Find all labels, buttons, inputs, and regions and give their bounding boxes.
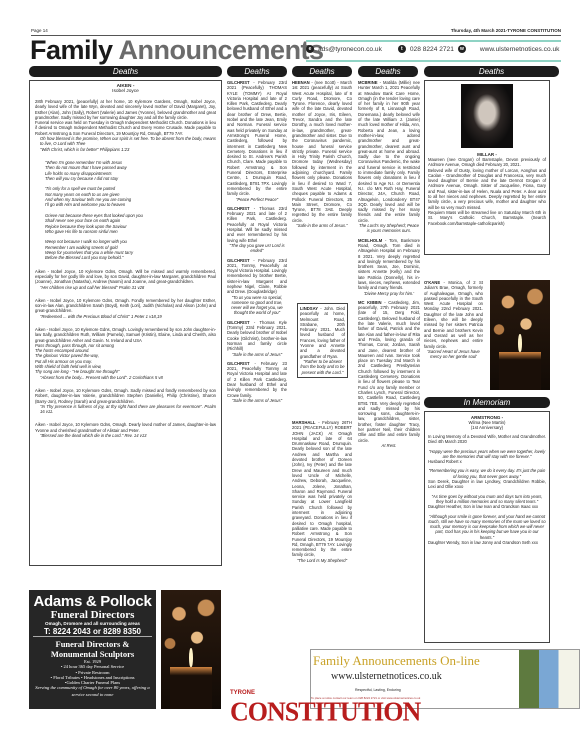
notice-verse: The Lord's my Shepherd; Peace is yours m… [358,223,420,234]
spacer [35,319,216,327]
ad-adams-pollock[interactable]: Adams & Pollock Funeral Directors Omagh,… [29,590,156,709]
memoriam-verse: "Remembering you is easy, we do it every… [428,468,546,479]
notice: GILCHRIST - February 23rd 2021 (Peaceful… [227,80,287,206]
notice-name: O'KANE [424,280,440,285]
notice-name: GILCHRIST [227,80,250,85]
notice-verse: "Safe in the arms of Jesus" [227,352,287,357]
spacer [35,380,216,388]
notice-name: GILCHRIST [227,361,250,366]
notice-body: GILCHRIST - February 23 2021, Peacefully… [227,361,287,398]
web-icon: w [458,45,466,53]
notice-text: - February 26TH 2021 (PEACEFULLY) ROBERT… [292,420,352,557]
tribute-list: Aiken - Isobel Joyce, 10 Kylemore Gdns, … [35,269,216,447]
tribute-text: Aiken - Isobel Joyce, 10 Kylemore Gdns, … [35,327,216,343]
ad-tagline: Serving the community of Omagh for over … [29,685,156,698]
section-header-deaths-5: Deaths [424,66,559,77]
column-mcbrine: MCBRINE - Matilda (Millie) nee Hunter Ma… [358,80,420,452]
portrait-photo [461,84,513,148]
notice-text: - Thomas 23rd February 2021 and late of … [227,206,287,243]
memoriam-from: Daughter Heather, Son in law Ivan and Gr… [428,504,546,509]
notice-text: - John. Died peacefully at home, Melmoun… [300,306,345,359]
notice: MCELHOLM - Tom, Bankmore Road, Omagh. To… [358,238,420,300]
notice-verse: "Safe in the arms of Jesus." [292,223,352,228]
notice-text: - Castlederg, Jim, peacefully, 27th Febr… [358,300,420,443]
spacer [227,403,287,407]
notice-name: GILCHRIST [227,320,250,325]
dateline: Thursday, 4th March 2021-TYRONE CONSTITU… [451,28,561,33]
notice-millar: MILLAR - Maureen (nee Grogan) of Barnsta… [424,80,550,255]
masthead-small: TYRONE [230,690,255,696]
tribute: Aiken - Isobel Joyce, 10 Kylemore Gdns, … [35,269,216,298]
memoriam-verse: "Happy were the precious years when we w… [428,449,546,460]
notice-verse: "Rather to be absent from the body and t… [300,359,345,375]
email-link[interactable]: ads@tyronecon.co.uk [318,46,382,53]
notice-paragraph: Maureen (nee Grogan) of Barnstaple, Devo… [428,157,546,168]
email-icon: e [306,45,314,53]
phone-number[interactable]: 028 8224 2721 [410,46,454,53]
notice-name: MC KIBBIN [358,300,382,305]
notice-text: - Matilda (Millie) nee Hunter March 1, 2… [358,80,420,223]
ad-photo [519,650,579,708]
notice-name: MARSHALL [292,420,316,425]
notice-text: - February 23rd 2021, Tommy, Peacefully … [227,258,287,295]
section-header-in-memoriam: In Memoriam [424,397,550,408]
notice-name: GILCHRIST [227,206,250,211]
notice-verse: "The Lord Is My Shepherd" [292,558,352,563]
notice-text: - February 23rd 2021 (Peacefully) THOMAS… [227,80,287,196]
ad-services-title-2: Monumental Sculptors [29,649,156,659]
teal-rule-top [306,40,561,42]
notice-paragraph: 28th February 2021, (peacefully) at her … [35,99,216,120]
notice-armstrong: ARMSTRONG - Wilma (Nee Martin) (1st Anni… [424,411,550,643]
notice-marshall: MARSHALL - February 26TH 2021 (PEACEFULL… [292,420,352,563]
notice-verse: "Peace Perfect Peace" [227,197,287,202]
spacer [35,438,216,446]
notice-body: MCELHOLM - Tom, Bankmore Road, Omagh. To… [358,238,420,291]
ad-slogan: Respectful, Lasting, Enduring [355,688,401,692]
tribute-text: Aiken - Isobel Joyce, 10 Kylemore Gdns, … [35,422,216,433]
tribute: Aiken - Isobel Joyce, 10 Kylemore Gdns, … [35,422,216,446]
candle-image [161,590,221,709]
ad-headline: Adams & Pollock [29,593,156,610]
notice-subname: Isobel Joyce [35,89,216,94]
notice-body: MC KIBBIN - Castlederg, Jim, peacefully,… [358,300,420,443]
notice-verse: "The day you gave us! Lord is ended" [227,243,287,254]
notice: MCBRINE - Matilda (Millie) nee Hunter Ma… [358,80,420,238]
ad-title: Family Announcements On-line [313,653,480,669]
spacer [358,448,420,452]
memoriam-verse: "Although your smile is gone forever, an… [428,514,546,540]
notice-name: HEENAN [292,80,310,85]
section-header-deaths-3: Deaths [292,66,352,77]
notice-body: MCBRINE - Matilda (Millie) nee Hunter Ma… [358,80,420,223]
memoriam-from: Son Derek, Daughter in law Lyndsey, Gran… [428,479,546,490]
notice-body: GILCHRIST - Thomas Kyle (Tommy) 23rd Feb… [227,320,287,352]
memoriam-verse: "As time goes by without you mum and day… [428,494,546,505]
notice-paragraph: In Loving Memory of a Devoted Wife, Moth… [428,434,546,445]
notice: MC KIBBIN - Castlederg, Jim, peacefully,… [358,300,420,452]
phone-icon: t [398,45,406,53]
tribute-text: Aiken - Isobel Joyce, 10 Kylemore Gdns, … [35,388,216,404]
notice: GILCHRIST - February 23rd 2021, Tommy, P… [227,258,287,320]
tribute-text: Aiken - Isobel Joyce, 10 Kylemore Gdns, … [35,298,216,314]
ad-services-title: Funeral Directors & [29,639,156,649]
notice-anniversary: (1st Anniversary) [428,425,546,430]
masthead-logo: CONSTITUTION [230,696,420,728]
candle-image [490,280,550,390]
page-number: Page 14 [31,28,48,33]
notice-verse: 'Divine Mercy pray for him.' [358,291,420,296]
section-header-deaths-2: Deaths [227,66,287,77]
notice-text: - Monica, of 2 St Julian's Brae, Omagh, … [424,280,483,349]
notice-text: - Thomas Kyle (Tommy) 23rd February 2021… [227,320,287,351]
memoriam-verses: "Happy were the precious years when we w… [428,445,546,546]
ad-subheadline: Funeral Directors [29,610,156,621]
notice-name: LINDSAY [300,306,318,311]
notice-text: - February 23 2021, Peacefully Tommy at … [227,361,287,398]
notice-lindsay: LINDSAY - John. Died peacefully at home,… [297,303,348,378]
notice-okane: O'KANE - Monica, of 2 St Julian's Brae, … [424,280,483,359]
notice: GILCHRIST - Thomas 23rd February 2021 an… [227,206,287,258]
teal-rule-bottom [306,60,561,62]
column-gilchrist: GILCHRIST - February 23rd 2021 (Peaceful… [227,80,287,407]
ad-url[interactable]: www.ulsternetnotices.co.uk [331,671,442,682]
tribute: Aiken - Isobel Joyce, 10 Kylemore Gdns, … [35,327,216,388]
notice-heenan: HEENAN - (nee Scott) - March 1st 2021 (p… [292,80,352,228]
ad-phone: T: 8224 2043 or 8289 8350 [33,627,152,637]
notice: GILCHRIST - Thomas Kyle (Tommy) 23rd Feb… [227,320,287,361]
section-header-deaths-4: Deaths [358,66,418,77]
notice: GILCHRIST - February 23 2021, Peacefully… [227,361,287,407]
spacer [35,414,216,422]
notice-paragraph: Funeral service was held on Tuesday in O… [35,120,216,136]
tribute-verse: "In Thy presence is fullness of joy, at … [35,404,216,415]
poem: "When I'm gone remember I'm with JesusTh… [35,160,216,261]
notice-name: MCBRINE [358,80,378,85]
notice-text: - Tom, Bankmore Road, Omagh. Tom died in… [358,238,420,291]
notice-name: MCELHOLM [358,238,382,243]
website-link[interactable]: www.ulsternetnotices.co.uk [480,46,560,53]
notice-paragraph: Beloved wife of Dusty, loving mother of … [428,168,546,210]
tribute: Aiken - Isobel Joyce, 10 Kylemore Gdns, … [35,388,216,422]
tribute: Aiken - Isobel Joyce, 10 Kylemore Gdns, … [35,298,216,327]
notice-verse: "To us you were so special, someone so g… [227,295,287,316]
notice-body: GILCHRIST - Thomas 23rd February 2021 an… [227,206,287,243]
notice-aiken: AIKEN - Isobel Joyce 28th February 2021,… [29,80,222,566]
page-title: Family Announcements [30,36,324,64]
notice-name: GILCHRIST [227,258,250,263]
tribute-text: Aiken - Isobel Joyce, 10 Kylemore Gdns, … [35,269,216,285]
contact-bar: eads@tyronecon.co.uk t028 8224 2721 w ww… [306,45,559,53]
notice-body: GILCHRIST - February 23rd 2021 (Peaceful… [227,80,287,197]
memoriam-from: Daughter Wendy, Son in law Jonny and Gra… [428,540,546,545]
notice-paragraph: Requiem Mass will be streamed live on Sa… [428,210,546,226]
spacer [35,290,216,298]
notice-verse: 'Sacred Heart of Jesus have mercy on her… [424,349,483,360]
notice-body: GILCHRIST - February 23rd 2021, Tommy, P… [227,258,287,295]
section-header-deaths-1: Deaths [29,66,222,77]
notice-verse: Oh how blessed is the promise, When our … [35,136,216,147]
notice-text: - (nee Scott) - March 1st 2021 (peaceful… [292,80,352,223]
notice-verse: "Safe in the arms of Jesus" [227,398,287,403]
